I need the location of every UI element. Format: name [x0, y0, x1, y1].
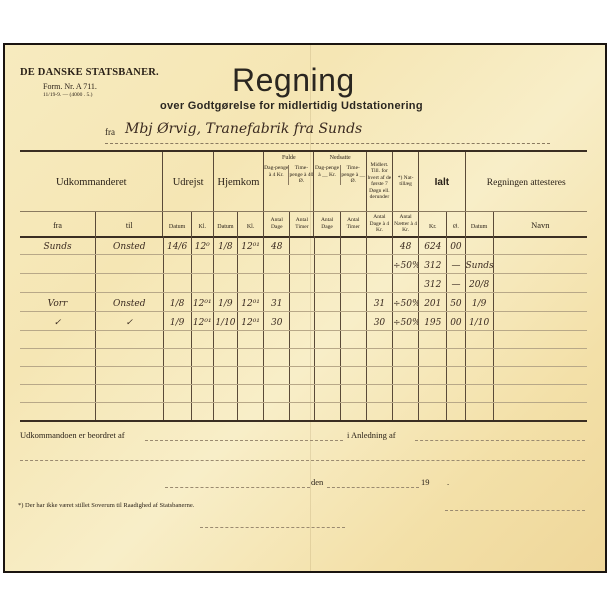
cell-fra: [20, 255, 96, 274]
cell-nat: ÷50%: [393, 293, 419, 312]
cell-f-timer: [290, 385, 314, 403]
cell-f-dage: 30: [264, 312, 290, 331]
cell-datum: [465, 385, 493, 403]
cell-datum: 20/8: [465, 274, 493, 293]
cell-kr: [419, 385, 447, 403]
cell-ore: [447, 349, 465, 367]
header-fulde: Fulde Dag-penge à 4 Kr. Time-penge à 40 …: [264, 151, 314, 211]
cell-f-timer: [290, 403, 314, 421]
cell-fra: [20, 403, 96, 421]
cell-n-timer: [340, 293, 366, 312]
cell-til: [96, 331, 163, 349]
cell-f-dage: [264, 331, 290, 349]
cell-f-dage: [264, 349, 290, 367]
expense-table-body: SundsOnsted14/612⁰1/812⁰¹484862400÷50%31…: [20, 236, 587, 422]
cell-f-dage: [264, 274, 290, 293]
year-suffix: .: [447, 477, 449, 487]
col-kr: Kr.: [419, 211, 447, 237]
cell-navn: [493, 274, 587, 293]
cell-kr: 201: [419, 293, 447, 312]
cell-n-timer: [340, 312, 366, 331]
cell-ud-kl: [191, 274, 213, 293]
cell-ud-kl: [191, 331, 213, 349]
table-row: SundsOnsted14/612⁰1/812⁰¹484862400: [20, 236, 587, 255]
cell-fra: ✓: [20, 312, 96, 331]
cell-hj-kl: [238, 255, 264, 274]
cell-f-dage: [264, 255, 290, 274]
cell-hj-datum: [213, 385, 237, 403]
cell-midlert: [366, 349, 392, 367]
cell-navn: [493, 349, 587, 367]
table-row: 312—20/8: [20, 274, 587, 293]
cell-n-dage: [314, 312, 340, 331]
cell-til: ✓: [96, 312, 163, 331]
cell-ud-datum: 1/9: [163, 312, 191, 331]
cell-midlert: [366, 255, 392, 274]
col-ned-dage: Antal Dage: [314, 211, 340, 237]
cell-nat: [393, 403, 419, 421]
header-ialt: Ialt: [419, 151, 465, 211]
cell-ud-datum: [163, 403, 191, 421]
invoice-document: DE DANSKE STATSBANER. Form. Nr. A 711. 1…: [3, 43, 607, 573]
cell-hj-datum: [213, 255, 237, 274]
fra-handwritten-value: Mbj Ørvig, Tranefabrik fra Sunds: [125, 121, 362, 137]
cell-ore: [447, 367, 465, 385]
cell-nat: 48: [393, 236, 419, 255]
cell-kr: [419, 331, 447, 349]
cell-fra: [20, 274, 96, 293]
cell-nat: [393, 385, 419, 403]
document-subtitle: over Godtgørelse for midlertidig Udstati…: [160, 100, 423, 112]
document-title: Regning: [232, 62, 355, 99]
cell-navn: [493, 385, 587, 403]
cell-til: [96, 385, 163, 403]
cell-ud-kl: [191, 349, 213, 367]
cell-nat: ÷50%: [393, 255, 419, 274]
cell-n-timer: [340, 367, 366, 385]
cell-navn: [493, 312, 587, 331]
table-row: ✓✓1/912⁰¹1/1012⁰¹3030÷50%195001/10: [20, 312, 587, 331]
cell-f-timer: [290, 236, 314, 255]
cell-datum: [465, 403, 493, 421]
cell-f-dage: [264, 403, 290, 421]
cell-ud-kl: [191, 255, 213, 274]
cell-navn: [493, 293, 587, 312]
cell-kr: [419, 403, 447, 421]
cell-hj-kl: [238, 331, 264, 349]
table-row: [20, 331, 587, 349]
signature-field-center: [200, 525, 345, 528]
cell-ud-kl: [191, 403, 213, 421]
col-hjemkom-datum: Datum: [213, 211, 237, 237]
table-header-groups: Udkommanderet Udrejst Hjemkom Fulde Dag-…: [20, 151, 587, 211]
table-row: [20, 403, 587, 421]
cell-nat: ÷50%: [393, 312, 419, 331]
header-ned-timepenge: Time-penge à __ Ø.: [340, 165, 366, 185]
cell-kr: 312: [419, 255, 447, 274]
cell-ore: [447, 403, 465, 421]
cell-fra: [20, 367, 96, 385]
cell-navn: [493, 403, 587, 421]
ordered-by-field: [145, 430, 343, 441]
cell-f-timer: [290, 255, 314, 274]
cell-ud-datum: [163, 331, 191, 349]
ordered-by-label: Udkommandoen er beordret af: [20, 430, 125, 440]
cell-ud-kl: [191, 367, 213, 385]
table-row: [20, 349, 587, 367]
cell-n-dage: [314, 293, 340, 312]
header-ned-dagpenge: Dag-penge à __ Kr.: [314, 165, 339, 185]
col-navn: Navn: [493, 211, 587, 237]
col-datum: Datum: [465, 211, 493, 237]
col-fulde-timer: Antal Timer: [290, 211, 314, 237]
cell-kr: [419, 349, 447, 367]
cell-ud-kl: 12⁰¹: [191, 312, 213, 331]
cell-f-timer: [290, 293, 314, 312]
cell-ud-datum: 14/6: [163, 236, 191, 255]
cell-til: [96, 367, 163, 385]
cell-datum: [465, 331, 493, 349]
cell-fra: [20, 349, 96, 367]
expense-table: Udkommanderet Udrejst Hjemkom Fulde Dag-…: [20, 150, 587, 238]
cell-n-dage: [314, 385, 340, 403]
cell-ud-kl: 12⁰: [191, 236, 213, 255]
cell-ore: —: [447, 274, 465, 293]
col-fra: fra: [20, 211, 96, 237]
cell-hj-datum: [213, 367, 237, 385]
cell-datum: [465, 236, 493, 255]
cell-ud-datum: 1/8: [163, 293, 191, 312]
cell-kr: 312: [419, 274, 447, 293]
cell-nat: [393, 331, 419, 349]
cell-datum: 1/10: [465, 312, 493, 331]
col-til: til: [96, 211, 163, 237]
cell-ore: —: [447, 255, 465, 274]
cell-datum: Sunds: [465, 255, 493, 274]
cell-f-dage: [264, 385, 290, 403]
cell-hj-kl: [238, 274, 264, 293]
cell-n-dage: [314, 255, 340, 274]
cell-f-timer: [290, 331, 314, 349]
print-code: 11/19-9. — (4000 . 5.): [43, 92, 92, 98]
cell-midlert: [366, 274, 392, 293]
cell-f-timer: [290, 274, 314, 293]
cell-nat: [393, 367, 419, 385]
cell-n-dage: [314, 274, 340, 293]
cell-hj-datum: 1/9: [213, 293, 237, 312]
cell-ore: 00: [447, 312, 465, 331]
header-nedsatte: Nedsatte Dag-penge à __ Kr. Time-penge à…: [314, 151, 366, 211]
organization-name: DE DANSKE STATSBANER.: [20, 67, 159, 78]
cell-fra: Vorr: [20, 293, 96, 312]
cell-til: [96, 349, 163, 367]
cell-n-timer: [340, 349, 366, 367]
cell-navn: [493, 331, 587, 349]
cell-datum: 1/9: [465, 293, 493, 312]
cell-til: Onsted: [96, 293, 163, 312]
cell-fra: [20, 331, 96, 349]
cell-midlert: 30: [366, 312, 392, 331]
cell-n-timer: [340, 403, 366, 421]
cell-datum: [465, 349, 493, 367]
cell-hj-kl: [238, 349, 264, 367]
date-field: [327, 477, 419, 488]
col-ore: Ø.: [447, 211, 465, 237]
cell-f-timer: [290, 312, 314, 331]
cell-ud-kl: 12⁰¹: [191, 293, 213, 312]
table-row: [20, 367, 587, 385]
cell-hj-kl: 12⁰¹: [238, 236, 264, 255]
header-hjemkom: Hjemkom: [213, 151, 263, 211]
cell-til: [96, 274, 163, 293]
cell-ud-datum: [163, 385, 191, 403]
cell-hj-kl: [238, 367, 264, 385]
occasion-field: [415, 430, 585, 441]
cell-hj-datum: [213, 274, 237, 293]
cell-n-timer: [340, 331, 366, 349]
cell-midlert: [366, 385, 392, 403]
col-midlert-antal: Antal Dage à 4 Kr.: [366, 211, 392, 237]
col-ned-timer: Antal Timer: [340, 211, 366, 237]
header-udkommanderet: Udkommanderet: [20, 151, 163, 211]
cell-hj-kl: 12⁰¹: [238, 312, 264, 331]
signature-field-right: [445, 508, 585, 511]
cell-f-timer: [290, 367, 314, 385]
cell-f-dage: [264, 367, 290, 385]
form-number: Form. Nr. A 711.: [43, 82, 97, 91]
cell-n-timer: [340, 274, 366, 293]
cell-n-dage: [314, 349, 340, 367]
cell-midlert: [366, 331, 392, 349]
cell-kr: 195: [419, 312, 447, 331]
cell-ud-datum: [163, 255, 191, 274]
cell-midlert: [366, 367, 392, 385]
footnote: *) Der har ikke været stillet Soverum ti…: [18, 502, 194, 509]
header-fulde-timepenge: Time-penge à 40 Ø.: [288, 165, 313, 185]
cell-nat: [393, 349, 419, 367]
cell-ore: 50: [447, 293, 465, 312]
col-fulde-dage: Antal Dage: [264, 211, 290, 237]
occasion-label: i Anledning af: [347, 430, 396, 440]
cell-til: Onsted: [96, 236, 163, 255]
cell-midlert: [366, 236, 392, 255]
cell-navn: [493, 367, 587, 385]
continuation-field: [20, 450, 585, 461]
cell-n-timer: [340, 255, 366, 274]
cell-kr: 624: [419, 236, 447, 255]
header-midlertidig-tillaeg: Midlert. Till. for hvert af de første 7 …: [366, 151, 392, 211]
table-row: VorrOnsted1/812⁰¹1/912⁰¹3131÷50%201501/9: [20, 293, 587, 312]
cell-f-dage: 48: [264, 236, 290, 255]
cell-hj-datum: 1/8: [213, 236, 237, 255]
cell-hj-datum: 1/10: [213, 312, 237, 331]
table-row: [20, 385, 587, 403]
col-udrejst-datum: Datum: [163, 211, 191, 237]
cell-hj-datum: [213, 403, 237, 421]
col-hjemkom-kl: Kl.: [237, 211, 263, 237]
header-udrejst: Udrejst: [163, 151, 213, 211]
cell-ud-kl: [191, 385, 213, 403]
cell-navn: [493, 255, 587, 274]
cell-ore: [447, 385, 465, 403]
cell-n-dage: [314, 331, 340, 349]
cell-til: [96, 403, 163, 421]
cell-hj-kl: [238, 385, 264, 403]
cell-fra: [20, 385, 96, 403]
header-nattillaeg: *) Nat-tillæg: [393, 151, 419, 211]
place-field: [165, 477, 310, 488]
cell-f-dage: 31: [264, 293, 290, 312]
cell-datum: [465, 367, 493, 385]
year-label: 19: [421, 477, 430, 487]
cell-n-timer: [340, 385, 366, 403]
cell-midlert: [366, 403, 392, 421]
fra-label: fra: [105, 127, 115, 137]
cell-f-timer: [290, 349, 314, 367]
cell-hj-kl: [238, 403, 264, 421]
den-label: den: [311, 477, 323, 487]
cell-hj-kl: 12⁰¹: [238, 293, 264, 312]
header-fulde-dagpenge: Dag-penge à 4 Kr.: [264, 165, 288, 185]
cell-hj-datum: [213, 349, 237, 367]
cell-midlert: 31: [366, 293, 392, 312]
table-header-columns: fra til Datum Kl. Datum Kl. Antal Dage A…: [20, 211, 587, 237]
header-attesteres: Regningen attesteres: [465, 151, 587, 211]
col-nat-antal: Antal Nætter à 4 Kr.: [393, 211, 419, 237]
cell-ud-datum: [163, 349, 191, 367]
cell-ore: 00: [447, 236, 465, 255]
cell-n-timer: [340, 236, 366, 255]
table-row: ÷50%312—Sunds: [20, 255, 587, 274]
col-udrejst-kl: Kl.: [191, 211, 213, 237]
cell-til: [96, 255, 163, 274]
cell-n-dage: [314, 236, 340, 255]
cell-fra: Sunds: [20, 236, 96, 255]
cell-ore: [447, 331, 465, 349]
cell-navn: [493, 236, 587, 255]
cell-kr: [419, 367, 447, 385]
cell-nat: [393, 274, 419, 293]
cell-ud-datum: [163, 367, 191, 385]
cell-hj-datum: [213, 331, 237, 349]
cell-n-dage: [314, 367, 340, 385]
cell-n-dage: [314, 403, 340, 421]
cell-ud-datum: [163, 274, 191, 293]
